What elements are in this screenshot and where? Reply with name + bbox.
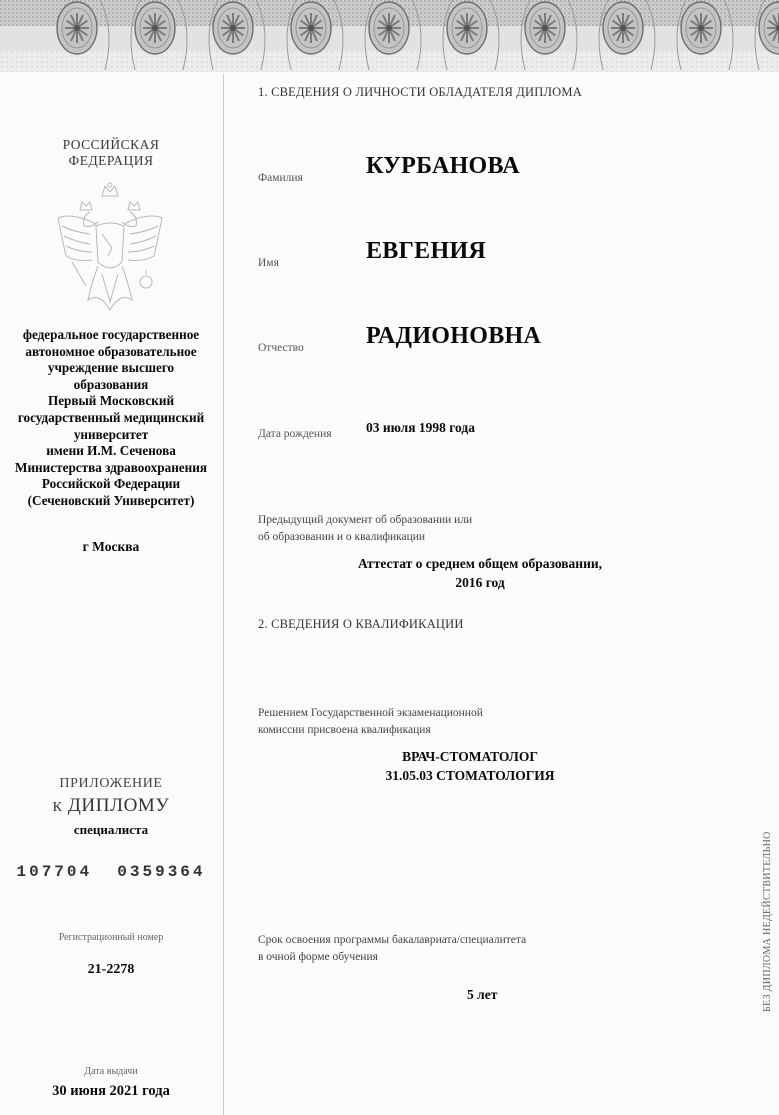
first-name-label: Имя [258,257,279,269]
guilloche-banner [0,0,779,74]
qualification-label: Решением Государственной экзаменационной… [258,705,483,739]
rosette-pattern-icon [0,0,779,74]
qualification-value: ВРАЧ-СТОМАТОЛОГ 31.05.03 СТОМАТОЛОГИЯ [340,747,600,785]
study-duration-label: Срок освоения программы бакалавриата/спе… [258,932,526,966]
page-fold-divider [223,74,224,1115]
university-name-line: образования [0,377,222,394]
specialty-code: 31.05.03 СТОМАТОЛОГИЯ [340,766,600,785]
previous-document-line-2: 2016 год [340,573,620,592]
university-name-line: автономное образовательное [0,344,222,361]
university-name-line: Первый Московский [0,393,222,410]
university-name: федеральное государственноеавтономное об… [0,327,222,510]
university-name-line: федеральное государственное [0,327,222,344]
surname-value: КУРБАНОВА [366,153,520,180]
university-name-line: учреждение высшего [0,360,222,377]
appendix-title-main: ДИПЛОМУ [68,795,170,816]
university-name-line: Российской Федерации [0,476,222,493]
validity-note: БЕЗ ДИПЛОМА НЕДЕЙСТВИТЕЛЬНО [762,831,773,1012]
section-1-heading: 1. СВЕДЕНИЯ О ЛИЧНОСТИ ОБЛАДАТЕЛЯ ДИПЛОМ… [258,85,582,100]
appendix-title-line-2: К ДИПЛОМУ [0,795,222,817]
previous-document-line-1: Аттестат о среднем общем образовании, [340,554,620,573]
patronymic-label: Отчество [258,342,304,354]
city: г Москва [0,539,222,555]
university-name-line: имени И.М. Сеченова [0,443,222,460]
previous-document-label-line-2: об образовании и о квалификации [258,529,472,546]
country-line-1: РОССИЙСКАЯ [0,137,222,153]
appendix-title-line-1: ПРИЛОЖЕНИЕ [0,776,222,792]
first-name-value: ЕВГЕНИЯ [366,238,486,265]
university-name-line: университет [0,427,222,444]
previous-document-value: Аттестат о среднем общем образовании, 20… [340,554,620,592]
registration-number-label: Регистрационный номер [0,932,222,943]
study-duration-label-line-1: Срок освоения программы бакалавриата/спе… [258,932,526,949]
serial-number: 107704 0359364 [0,863,222,881]
university-name-line: Министерства здравоохранения [0,460,222,477]
country-title: РОССИЙСКАЯ ФЕДЕРАЦИЯ [0,137,222,169]
diploma-type: специалиста [0,822,222,838]
issue-date: 30 июня 2021 года [0,1083,222,1100]
birth-date-value: 03 июля 1998 года [366,420,475,436]
country-line-2: ФЕДЕРАЦИЯ [0,153,222,169]
patronymic-value: РАДИОНОВНА [366,323,541,350]
previous-document-label-line-1: Предыдущий документ об образовании или [258,512,472,529]
surname-label: Фамилия [258,172,303,184]
qualification-title: ВРАЧ-СТОМАТОЛОГ [340,747,600,766]
section-2-heading: 2. СВЕДЕНИЯ О КВАЛИФИКАЦИИ [258,617,464,632]
previous-document-label: Предыдущий документ об образовании или о… [258,512,472,546]
birth-date-label: Дата рождения [258,428,332,440]
issue-date-label: Дата выдачи [0,1066,222,1077]
registration-number: 21-2278 [0,962,222,978]
coat-of-arms-icon [52,182,168,317]
study-duration-label-line-2: в очной форме обучения [258,949,526,966]
qualification-label-line-2: комиссии присвоена квалификация [258,722,483,739]
qualification-label-line-1: Решением Государственной экзаменационной [258,705,483,722]
study-duration-value: 5 лет [467,987,497,1003]
university-name-line: государственный медицинский [0,410,222,427]
university-name-line: (Сеченовский Университет) [0,493,222,510]
appendix-title-prefix: К [53,800,63,815]
